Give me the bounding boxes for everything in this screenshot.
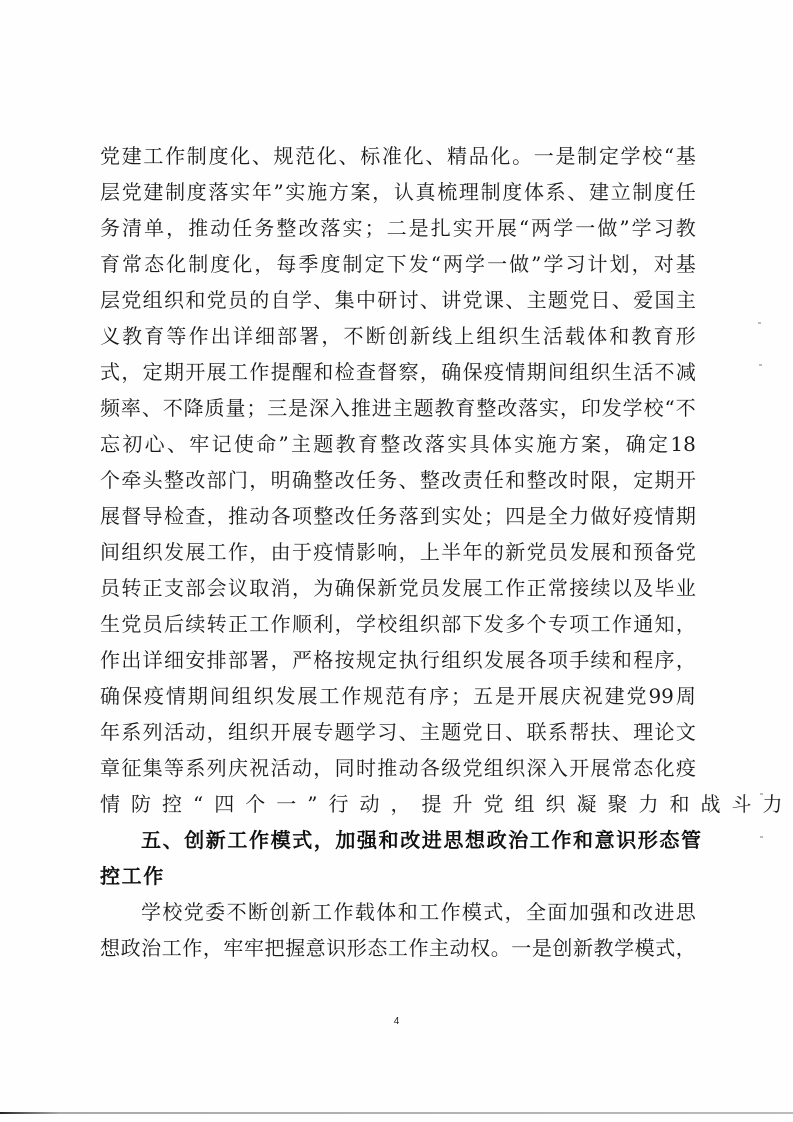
text-line: 展督导检查，推动各项整改任务落到实处；四是全力做好疫情期 xyxy=(100,498,696,534)
section-heading: 五、创新工作模式，加强和改进思想政治工作和意识形态管 控工作 xyxy=(100,822,700,894)
text-line: 章征集等系列庆祝活动，同时推动各级党组织深入开展常态化疫 xyxy=(100,750,696,786)
text-line: 想政治工作，牢牢把握意识形态工作主动权。一是创新教学模式， xyxy=(100,930,696,966)
page-number: 4 xyxy=(0,1016,793,1027)
document-page: 党建工作制度化、规范化、标准化、精品化。一是制定学校“基 层党建制度落实年”实施… xyxy=(0,0,793,1122)
text-line: 学校党委不断创新工作载体和工作模式，全面加强和改进思 xyxy=(100,894,696,930)
scan-speck xyxy=(760,836,763,838)
section-heading-line: 五、创新工作模式，加强和改进思想政治工作和意识形态管 xyxy=(100,822,700,858)
text-line: 式，定期开展工作提醒和检查督察，确保疫情期间组织生活不减 xyxy=(100,354,696,390)
scan-speck xyxy=(759,364,762,366)
text-line: 员转正支部会议取消，为确保新党员发展工作正常接续以及毕业 xyxy=(100,570,696,606)
text-line: 年系列活动，组织开展专题学习、主题党日、联系帮扶、理论文 xyxy=(100,714,696,750)
paragraph-party-building: 党建工作制度化、规范化、标准化、精品化。一是制定学校“基 层党建制度落实年”实施… xyxy=(100,138,700,822)
text-line: 确保疫情期间组织发展工作规范有序；五是开展庆祝建党99周 xyxy=(100,678,696,714)
text-line: 党建工作制度化、规范化、标准化、精品化。一是制定学校“基 xyxy=(100,138,696,174)
document-body: 党建工作制度化、规范化、标准化、精品化。一是制定学校“基 层党建制度落实年”实施… xyxy=(100,138,700,966)
text-line: 个牵头整改部门，明确整改任务、整改责任和整改时限，定期开 xyxy=(100,462,696,498)
text-line: 忘初心、牢记使命”主题教育整改落实具体实施方案，确定18 xyxy=(100,426,696,462)
text-line: 生党员后续转正工作顺利，学校组织部下发多个专项工作通知， xyxy=(100,606,696,642)
text-line: 育常态化制度化，每季度制定下发“两学一做”学习计划，对基 xyxy=(100,246,696,282)
section-heading-line: 控工作 xyxy=(100,858,700,894)
text-line: 频率、不降质量；三是深入推进主题教育整改落实，印发学校“不 xyxy=(100,390,696,426)
text-line: 情防控“四个一”行动，提升党组织凝聚力和战斗力。 xyxy=(100,786,696,822)
text-line: 间组织发展工作，由于疫情影响，上半年的新党员发展和预备党 xyxy=(100,534,696,570)
text-line: 义教育等作出详细部署，不断创新线上组织生活载体和教育形 xyxy=(100,318,696,354)
text-line: 作出详细安排部署，严格按规定执行组织发展各项手续和程序， xyxy=(100,642,696,678)
text-line: 层党建制度落实年”实施方案，认真梳理制度体系、建立制度任 xyxy=(100,174,696,210)
scan-speck xyxy=(758,322,761,324)
text-line: 务清单，推动任务整改落实；二是扎实开展“两学一做”学习教 xyxy=(100,210,696,246)
paragraph-ideological-work: 学校党委不断创新工作载体和工作模式，全面加强和改进思 想政治工作，牢牢把握意识形… xyxy=(100,894,700,966)
scan-speck xyxy=(760,793,763,795)
text-line: 层党组织和党员的自学、集中研讨、讲党课、主题党日、爱国主 xyxy=(100,282,696,318)
scan-bottom-edge xyxy=(0,1112,793,1114)
